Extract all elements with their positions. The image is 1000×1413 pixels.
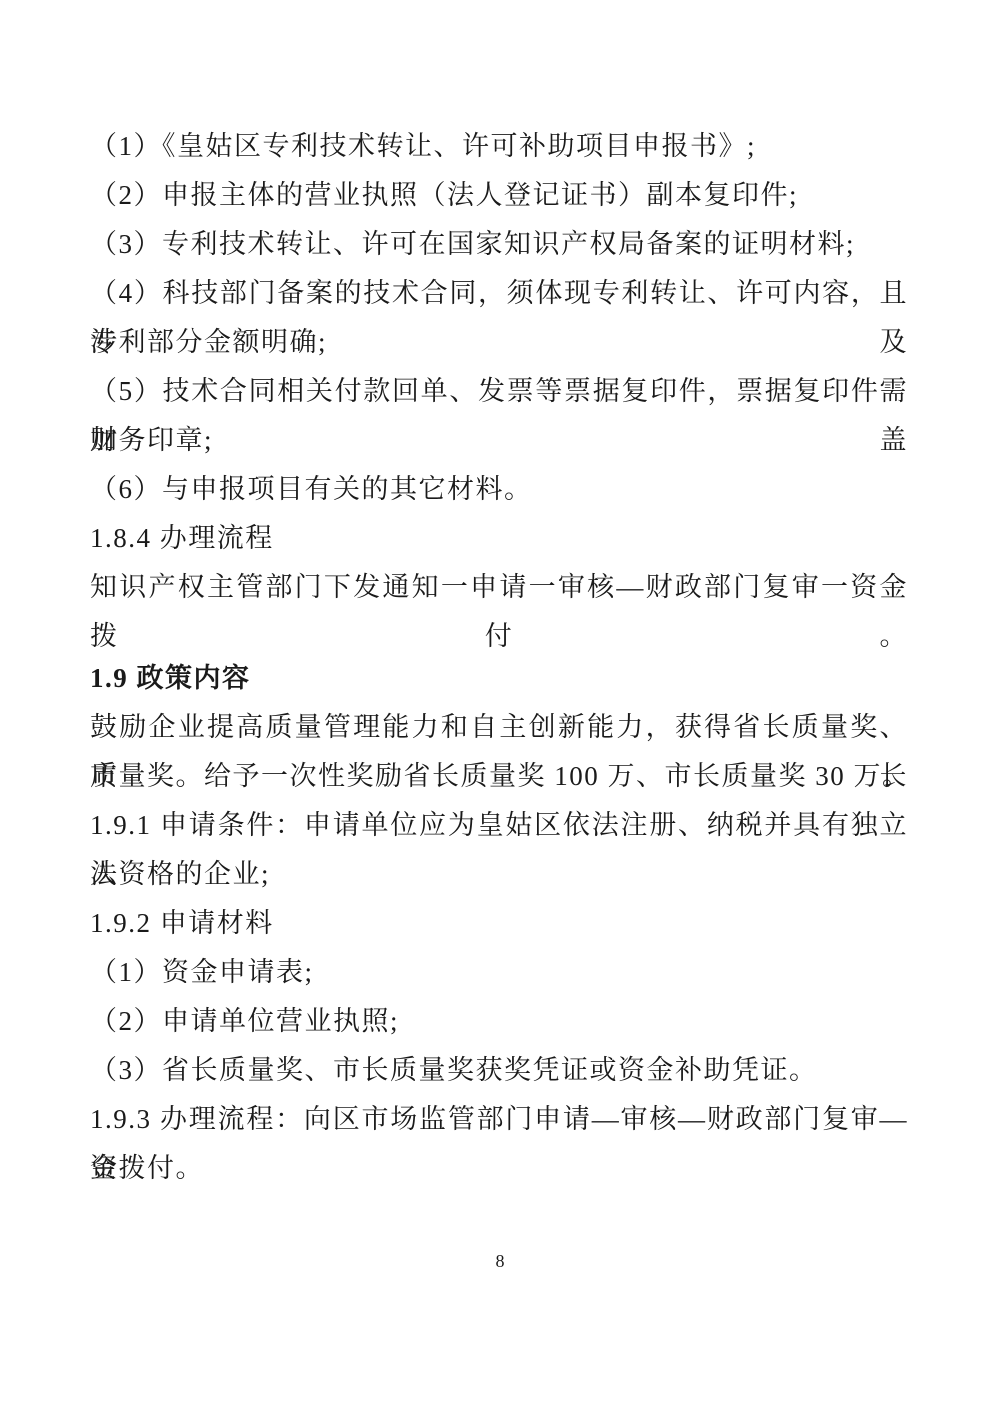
subsection-heading-192: 1.9.2 申请材料	[90, 899, 908, 948]
list-item-5: （5）技术合同相关付款回单、发票等票据复印件，票据复印件需加盖	[90, 367, 908, 416]
subsection-193-line-2: 金拨付。	[90, 1144, 908, 1193]
document-body: （1）《皇姑区专利技术转让、许可补助项目申报书》; （2）申报主体的营业执照（法…	[90, 122, 908, 1193]
list-item-2: （2）申报主体的营业执照（法人登记证书）副本复印件;	[90, 171, 908, 220]
list-item-1: （1）《皇姑区专利技术转让、许可补助项目申报书》;	[90, 122, 908, 171]
material-item-3: （3）省长质量奖、市长质量奖获奖凭证或资金补助凭证。	[90, 1046, 908, 1095]
list-item-3: （3）专利技术转让、许可在国家知识产权局备案的证明材料;	[90, 220, 908, 269]
subsection-191-line-1: 1.9.1 申请条件：申请单位应为皇姑区依法注册、纳税并具有独立法	[90, 801, 908, 850]
list-item-4: （4）科技部门备案的技术合同，须体现专利转让、许可内容，且涉及	[90, 269, 908, 318]
subsection-193-line-1: 1.9.3 办理流程：向区市场监管部门申请—审核—财政部门复审—资	[90, 1095, 908, 1144]
process-flow-184: 知识产权主管部门下发通知一申请一审核—财政部门复审一资金拨付。	[90, 563, 908, 612]
material-item-1: （1）资金申请表;	[90, 948, 908, 997]
material-item-2: （2）申请单位营业执照;	[90, 997, 908, 1046]
subsection-191-line-2: 人资格的企业;	[90, 850, 908, 899]
subsection-heading-184: 1.8.4 办理流程	[90, 514, 908, 563]
document-page: （1）《皇姑区专利技术转让、许可补助项目申报书》; （2）申报主体的营业执照（法…	[0, 0, 1000, 1413]
page-number: 8	[0, 1248, 1000, 1274]
list-item-6: （6）与申报项目有关的其它材料。	[90, 465, 908, 514]
section-heading-19: 1.9 政策内容	[90, 654, 908, 703]
policy-paragraph-line-2: 质量奖。给予一次性奖励省长质量奖 100 万、市长质量奖 30 万。	[90, 752, 908, 801]
policy-paragraph-line-1: 鼓励企业提高质量管理能力和自主创新能力，获得省长质量奖、市长	[90, 703, 908, 752]
